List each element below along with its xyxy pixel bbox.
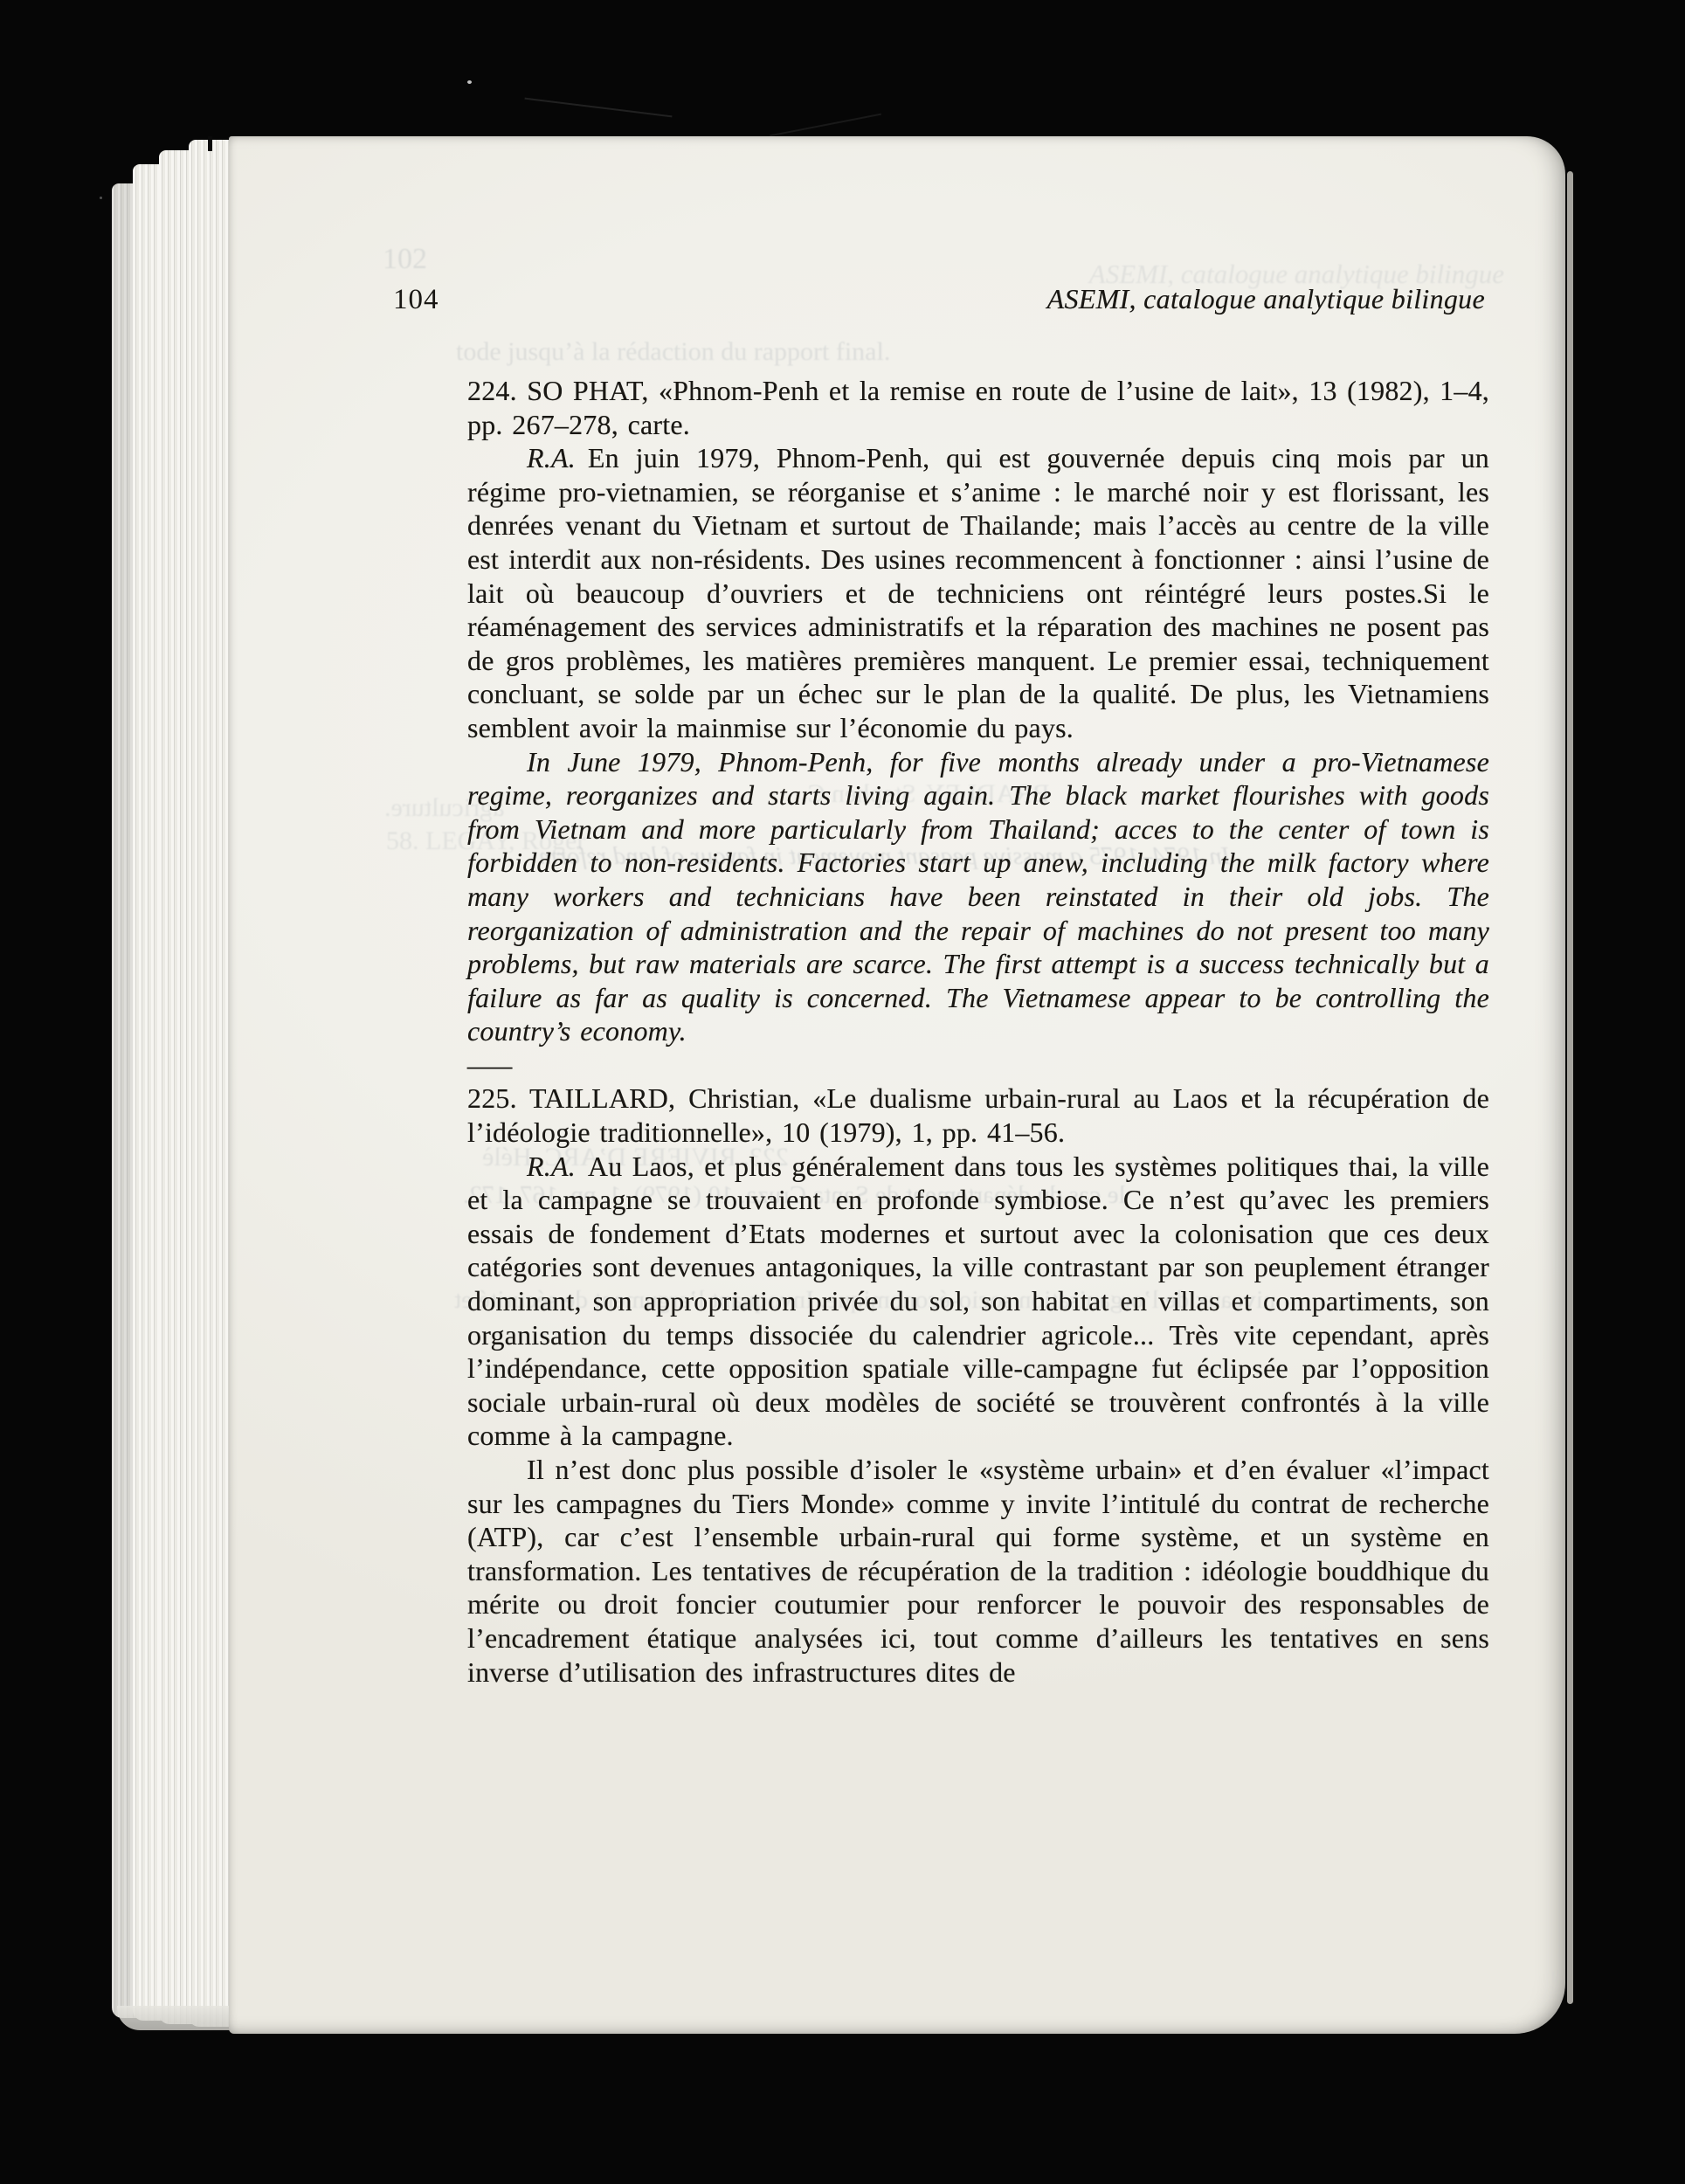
abstract-french-text: Au Laos, et plus généralement dans tous … — [467, 1151, 1489, 1452]
abstract-french-225-p2: Il n’est donc plus possible d’isoler le … — [467, 1453, 1489, 1689]
abstract-english-224: In June 1979, Phnom-Penh, for five month… — [467, 745, 1489, 1048]
scan-notch-mark — [208, 136, 212, 151]
bleedthrough-text: tode jusqu’à la rédaction du rapport fin… — [456, 337, 890, 367]
dust-speck — [100, 197, 102, 199]
under-page-edge — [1567, 171, 1573, 2004]
abstract-label: R.A. — [527, 442, 576, 473]
same-author-separator: — — [467, 1048, 1489, 1082]
abstract-french-text: En juin 1979, Phnom-Penh, qui est gouver… — [467, 442, 1489, 743]
dust-speck — [467, 80, 472, 84]
abstract-french-225-p1: R.A.Au Laos, et plus généralement dans t… — [467, 1150, 1489, 1453]
running-header-title: ASEMI, catalogue analytique bilingue — [1047, 283, 1485, 315]
citation-entry-224: 224. SO PHAT, «Phnom-Penh et la remise e… — [467, 374, 1489, 441]
running-head-row: 104 ASEMI, catalogue analytique bilingue — [393, 283, 1485, 316]
scanned-book-photo: 102 ASEMI, catalogue analytique bilingue… — [0, 0, 1685, 2184]
dust-hair — [770, 114, 881, 137]
text-column: 224. SO PHAT, «Phnom-Penh et la remise e… — [467, 374, 1489, 1689]
em-dash: — — [467, 1048, 513, 1082]
citation-entry-225: 225. TAILLARD, Christian, «Le dualisme u… — [467, 1082, 1489, 1149]
dust-hair — [525, 98, 673, 118]
abstract-label: R.A. — [527, 1151, 576, 1182]
book-page: 102 ASEMI, catalogue analytique bilingue… — [229, 136, 1565, 2034]
bleedthrough-text: 102 — [383, 243, 427, 276]
page-number: 104 — [393, 284, 439, 316]
abstract-french-224: R.A.En juin 1979, Phnom-Penh, qui est go… — [467, 441, 1489, 744]
